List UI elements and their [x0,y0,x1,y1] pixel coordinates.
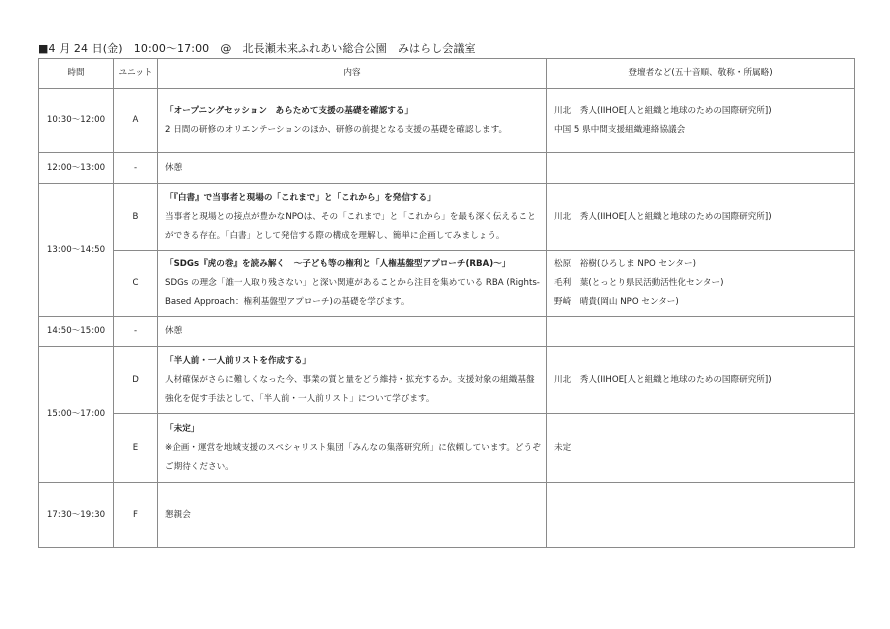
speaker: 毛利 葉(とっとり県民活動活性化センター) [554,274,854,293]
unit-cell: C [114,251,158,317]
unit-cell: A [114,89,158,153]
table-row: 10:30～12:00 A 「オープニングセッション あらためて支援の基礎を確認… [39,89,855,153]
unit-cell: B [114,184,158,251]
speaker: 松原 裕樹(ひろしま NPO センター) [554,255,854,274]
content-cell: 「オープニングセッション あらためて支援の基礎を確認する」 2 日間の研修のオリ… [158,89,547,153]
session-description: 休憩 [165,159,542,178]
speaker: 川北 秀人(IIHOE[人と組織と地球のための国際研究所]) [554,208,854,227]
speakers-cell: 川北 秀人(IIHOE[人と組織と地球のための国際研究所]) [547,184,855,251]
time-cell: 13:00～14:50 [39,184,114,317]
unit-cell: - [114,153,158,184]
speakers-cell: 未定 [547,414,855,483]
time-cell: 17:30～19:30 [39,483,114,548]
speakers-cell [547,317,855,347]
time-cell: 10:30～12:00 [39,89,114,153]
speakers-cell [547,153,855,184]
speaker: 野崎 晴貴(岡山 NPO センター) [554,293,854,312]
speakers-cell: 松原 裕樹(ひろしま NPO センター) 毛利 葉(とっとり県民活動活性化センタ… [547,251,855,317]
session-description: 2 日間の研修のオリエンテーションのほか、研修の前提となる支援の基礎を確認します… [165,121,542,140]
session-description: SDGs の理念「誰一人取り残さない」と深い関連があることから注目を集めている … [165,274,542,312]
session-title: 「オープニングセッション あらためて支援の基礎を確認する」 [165,102,542,121]
session-title: 「半人前・一人前リストを作成する」 [165,352,542,371]
content-cell: 懇親会 [158,483,547,548]
table-row: 15:00～17:00 D 「半人前・一人前リストを作成する」 人材確保がさらに… [39,347,855,414]
table-header-row: 時間 ユニット 内容 登壇者など(五十音順、敬称・所属略) [39,59,855,89]
time-cell: 14:50～15:00 [39,317,114,347]
column-header-unit: ユニット [114,59,158,89]
schedule-table: 時間 ユニット 内容 登壇者など(五十音順、敬称・所属略) 10:30～12:0… [38,58,855,548]
session-title: 「『白書』で当事者と現場の「これまで」と「これから」を発信する」 [165,189,542,208]
session-description: 当事者と現場との接点が豊かなNPOは、その「これまで」と「これから」を最も深く伝… [165,208,542,246]
content-cell: 休憩 [158,153,547,184]
speaker: 中国 5 県中間支援組織連絡協議会 [554,121,854,140]
event-heading: ■4 月 24 日(金) 10:00～17:00 @ 北長瀬未来ふれあい総合公園… [38,40,476,56]
table-row: E 「未定」 ※企画・運営を地域支援のスペシャリスト集団「みんなの集落研究所」に… [39,414,855,483]
time-cell: 12:00～13:00 [39,153,114,184]
speaker: 未定 [554,439,854,458]
session-description: 人材確保がさらに難しくなった今、事業の質と量をどう維持・拡充するか。支援対象の組… [165,371,542,409]
session-description: 懇親会 [165,506,542,525]
content-cell: 「『白書』で当事者と現場の「これまで」と「これから」を発信する」 当事者と現場と… [158,184,547,251]
table-row: C 「SDGs『虎の巻』を読み解く ～子ども等の権利と「人権基盤型アプローチ(R… [39,251,855,317]
speaker: 川北 秀人(IIHOE[人と組織と地球のための国際研究所]) [554,371,854,390]
content-cell: 休憩 [158,317,547,347]
content-cell: 「未定」 ※企画・運営を地域支援のスペシャリスト集団「みんなの集落研究所」に依頼… [158,414,547,483]
session-description: 休憩 [165,322,542,341]
speaker: 川北 秀人(IIHOE[人と組織と地球のための国際研究所]) [554,102,854,121]
table-row: 13:00～14:50 B 「『白書』で当事者と現場の「これまで」と「これから」… [39,184,855,251]
column-header-speakers: 登壇者など(五十音順、敬称・所属略) [547,59,855,89]
table-row: 12:00～13:00 - 休憩 [39,153,855,184]
session-title: 「SDGs『虎の巻』を読み解く ～子ども等の権利と「人権基盤型アプローチ(RBA… [165,255,542,274]
content-cell: 「半人前・一人前リストを作成する」 人材確保がさらに難しくなった今、事業の質と量… [158,347,547,414]
unit-cell: F [114,483,158,548]
session-description: ※企画・運営を地域支援のスペシャリスト集団「みんなの集落研究所」に依頼しています… [165,439,542,477]
content-cell: 「SDGs『虎の巻』を読み解く ～子ども等の権利と「人権基盤型アプローチ(RBA… [158,251,547,317]
speakers-cell: 川北 秀人(IIHOE[人と組織と地球のための国際研究所]) [547,347,855,414]
speakers-cell [547,483,855,548]
session-title: 「未定」 [165,420,542,439]
unit-cell: E [114,414,158,483]
speakers-cell: 川北 秀人(IIHOE[人と組織と地球のための国際研究所]) 中国 5 県中間支… [547,89,855,153]
unit-cell: D [114,347,158,414]
table-row: 17:30～19:30 F 懇親会 [39,483,855,548]
table-row: 14:50～15:00 - 休憩 [39,317,855,347]
time-cell: 15:00～17:00 [39,347,114,483]
column-header-time: 時間 [39,59,114,89]
unit-cell: - [114,317,158,347]
column-header-content: 内容 [158,59,547,89]
